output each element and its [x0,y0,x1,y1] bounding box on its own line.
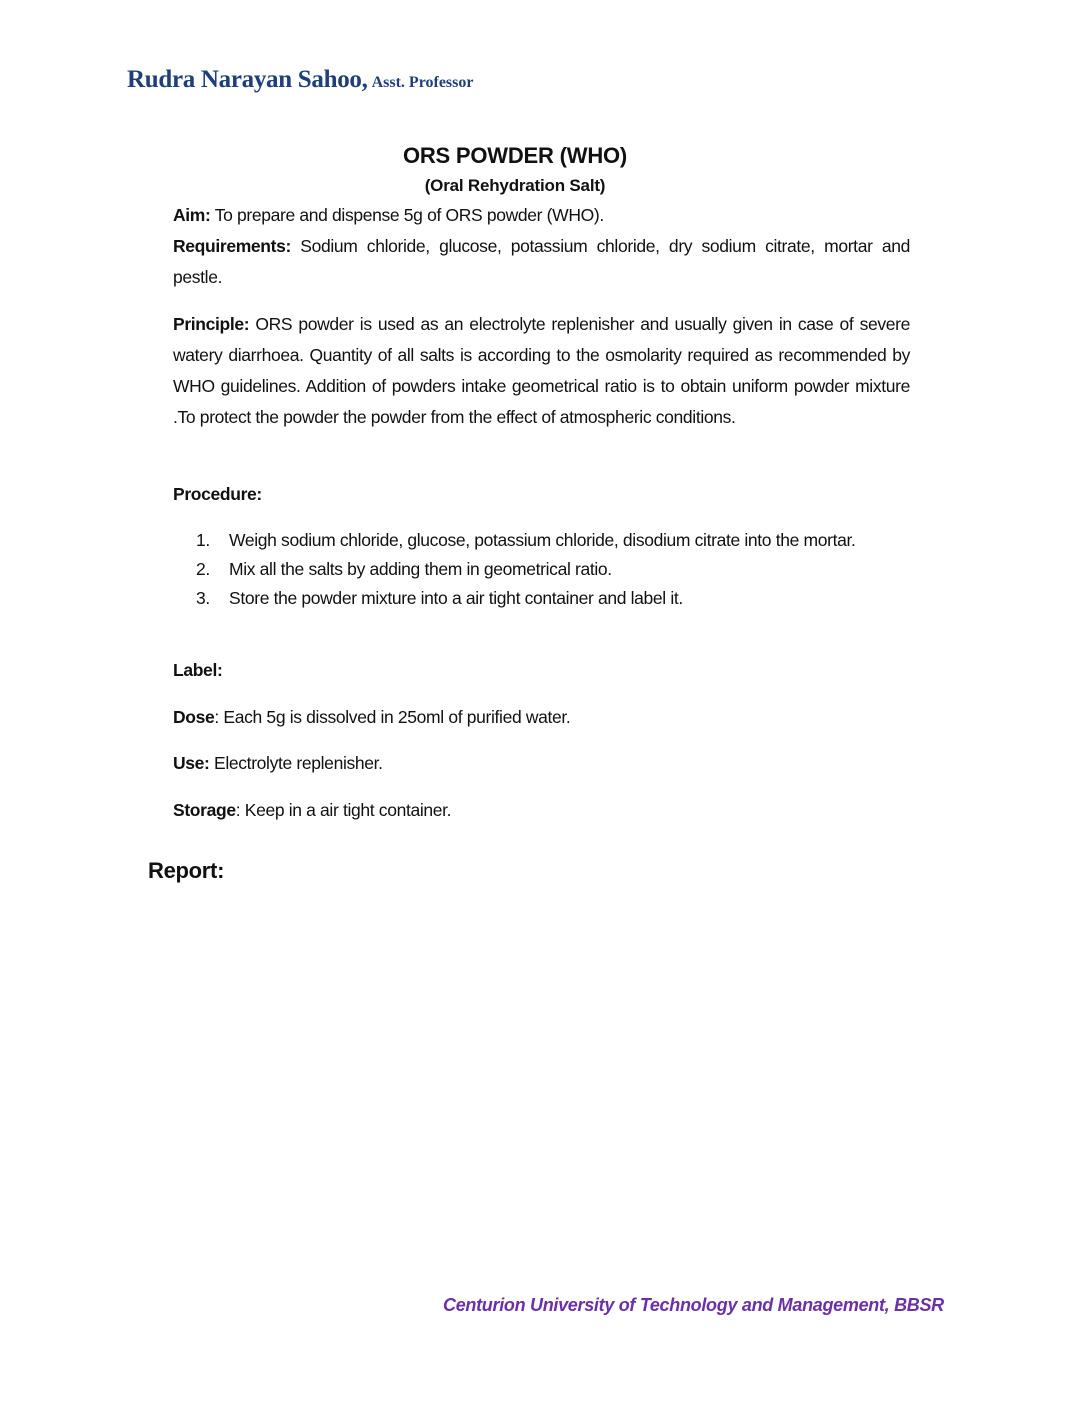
step-number: 2. [196,555,210,584]
aim-text: To prepare and dispense 5g of ORS powder… [211,205,604,225]
dose-text: : Each 5g is dissolved in 25oml of purif… [214,707,570,727]
label-heading-text: Label: [173,660,222,680]
step-number: 1. [196,526,210,555]
principle-text: ORS powder is used as an electrolyte rep… [173,314,910,427]
dose-label: Dose [173,707,214,727]
use-label: Use: [173,753,210,773]
procedure-list: 1.Weigh sodium chloride, glucose, potass… [196,526,910,613]
step-text: Mix all the salts by adding them in geom… [229,559,612,579]
storage-label: Storage [173,800,236,820]
storage-text: : Keep in a air tight container. [236,800,451,820]
aim-requirements-section: Aim: To prepare and dispense 5g of ORS p… [173,200,910,293]
use-line: Use: Electrolyte replenisher. [173,748,910,779]
aim-label: Aim: [173,205,211,225]
dose-line: Dose: Each 5g is dissolved in 25oml of p… [173,702,910,733]
requirements-label: Requirements: [173,236,291,256]
page-footer: Centurion University of Technology and M… [443,1295,944,1316]
page-header: Rudra Narayan Sahoo, Asst. Professor [127,66,473,94]
report-heading: Report: [148,858,224,884]
step-text: Weigh sodium chloride, glucose, potassiu… [229,530,856,550]
step-text: Store the powder mixture into a air tigh… [229,588,683,608]
procedure-step: 2.Mix all the salts by adding them in ge… [196,555,910,584]
procedure-step: 1.Weigh sodium chloride, glucose, potass… [196,526,910,555]
principle-paragraph: Principle: ORS powder is used as an elec… [173,309,910,433]
procedure-heading-text: Procedure: [173,484,262,504]
document-subtitle: (Oral Rehydration Salt) [0,176,1030,196]
procedure-heading: Procedure: [173,479,910,510]
label-heading: Label: [173,655,910,686]
requirements-paragraph: Requirements: Sodium chloride, glucose, … [173,231,910,293]
storage-line: Storage: Keep in a air tight container. [173,795,910,826]
aim-paragraph: Aim: To prepare and dispense 5g of ORS p… [173,200,910,231]
use-text: Electrolyte replenisher. [210,753,383,773]
document-title: ORS POWDER (WHO) [0,143,1030,169]
author-designation: Asst. Professor [372,74,474,91]
principle-label: Principle: [173,314,249,334]
author-name: Rudra Narayan Sahoo, [127,66,368,93]
step-number: 3. [196,584,210,613]
procedure-step: 3.Store the powder mixture into a air ti… [196,584,910,613]
principle-section: Principle: ORS powder is used as an elec… [173,309,910,433]
